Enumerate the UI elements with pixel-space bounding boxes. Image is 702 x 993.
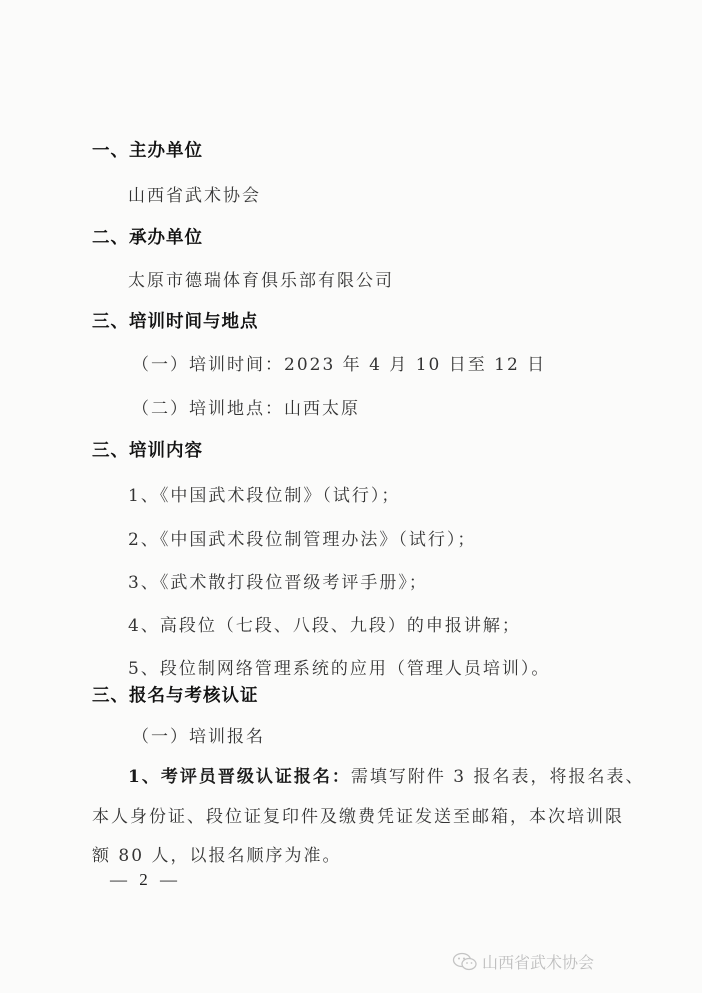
- wechat-icon: [452, 952, 478, 972]
- host-name: 太原市德瑞体育俱乐部有限公司: [128, 266, 394, 291]
- content-item-3: 3、《武术散打段位晋级考评手册》；: [128, 568, 428, 593]
- content-item-4: 4、高段位（七段、八段、九段）的申报讲解；: [128, 611, 521, 636]
- section-heading-registration: 三、报名与考核认证: [92, 682, 259, 707]
- registration-lead: 1、考评员晋级认证报名：: [128, 767, 351, 787]
- organizer-name: 山西省武术协会: [128, 181, 261, 206]
- registration-subheading: （一）培训报名: [132, 722, 265, 747]
- registration-line1-rest: 需填写附件 3 报名表，将报名表、: [351, 767, 645, 787]
- watermark-text: 山西省武术协会: [482, 950, 594, 973]
- registration-paragraph-line-2: 本人身份证、段位证复印件及缴费凭证发送至邮箱，本次培训限: [92, 802, 624, 827]
- registration-paragraph-line-1: 1、考评员晋级认证报名：需填写附件 3 报名表，将报名表、: [128, 762, 644, 787]
- content-item-2: 2、《中国武术段位制管理办法》（试行）；: [128, 525, 476, 550]
- section-heading-content: 三、培训内容: [92, 437, 203, 462]
- content-item-5: 5、段位制网络管理系统的应用（管理人员培训）。: [128, 654, 550, 679]
- registration-paragraph-line-3: 额 80 人，以报名顺序为准。: [92, 841, 341, 866]
- section-heading-organizer: 一、主办单位: [92, 137, 203, 162]
- training-time: （一）培训时间：2023 年 4 月 10 日至 12 日: [132, 350, 546, 375]
- training-place: （二）培训地点：山西太原: [132, 394, 360, 419]
- section-heading-time-place: 三、培训时间与地点: [92, 308, 259, 333]
- watermark: 山西省武术协会: [452, 950, 594, 973]
- content-item-1: 1、《中国武术段位制》（试行）；: [128, 481, 400, 506]
- section-heading-host: 二、承办单位: [92, 224, 203, 249]
- page-number: — 2 —: [110, 870, 181, 890]
